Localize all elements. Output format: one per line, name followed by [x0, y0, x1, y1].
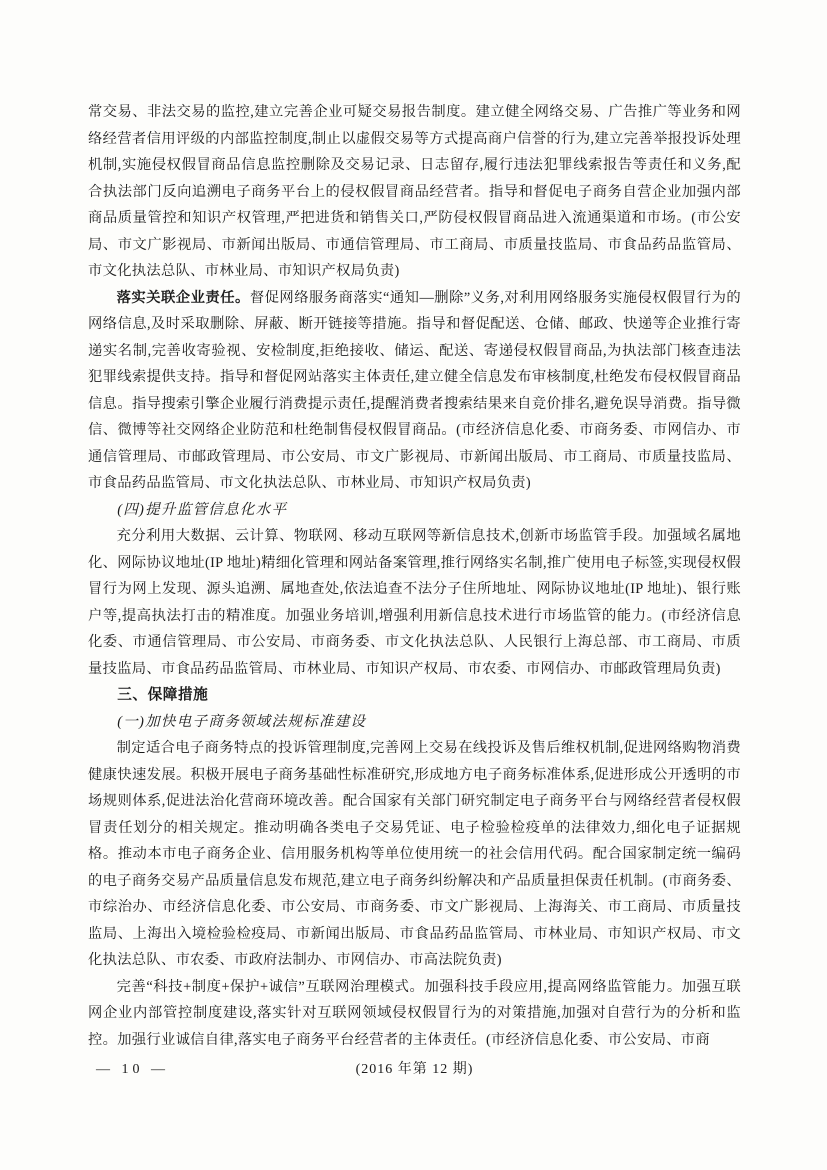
- document-page: 常交易、非法交易的监控,建立完善企业可疑交易报告制度。建立健全网络交易、广告推广…: [0, 0, 827, 1170]
- paragraph-internet-governance-truncated: 完善“科技+制度+保护+诚信”互联网治理模式。加强科技手段应用,提高网络监管能力…: [88, 974, 741, 1054]
- paragraph-lead-bold: 落实关联企业责任。: [117, 290, 250, 306]
- issue-label: (2016 年第 12 期): [88, 1056, 741, 1083]
- paragraph-continuation: 常交易、非法交易的监控,建立完善企业可疑交易报告制度。建立健全网络交易、广告推广…: [88, 99, 741, 285]
- heading-chapter-3: 三、保障措施: [88, 682, 741, 709]
- document-body: 常交易、非法交易的监控,建立完善企业可疑交易报告制度。建立健全网络交易、广告推广…: [88, 99, 741, 1053]
- subheading-section-1: (一)加快电子商务领域法规标准建设: [88, 709, 741, 736]
- paragraph-information-tech: 充分利用大数据、云计算、物联网、移动互联网等新信息技术,创新市场监管手段。加强域…: [88, 523, 741, 682]
- subheading-section-4: (四)提升监管信息化水平: [88, 497, 741, 524]
- paragraph-standards: 制定适合电子商务特点的投诉管理制度,完善网上交易在线投诉及售后维权机制,促进网络…: [88, 735, 741, 974]
- paragraph-related-enterprise: 落实关联企业责任。督促网络服务商落实“通知—删除”义务,对利用网络服务实施侵权假…: [88, 285, 741, 497]
- page-footer: — 10 — (2016 年第 12 期): [88, 1056, 741, 1083]
- paragraph-body-text: 督促网络服务商落实“通知—删除”义务,对利用网络服务实施侵权假冒行为的网络信息,…: [88, 290, 741, 492]
